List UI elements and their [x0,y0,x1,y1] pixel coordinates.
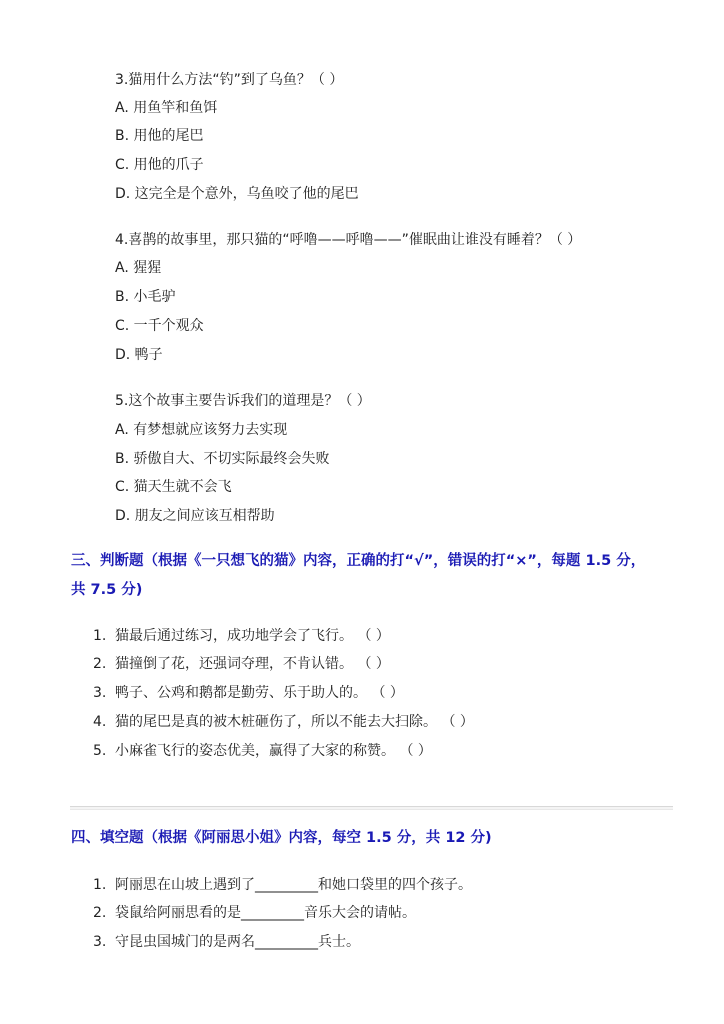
fill-blank-item-3: 3.守昆虫国城门的是两名_________兵士。 [93,932,360,952]
section-divider [70,806,673,810]
question-5-option-d: D. 朋友之间应该互相帮助 [115,506,275,526]
question-3-stem: 3.猫用什么方法“钓”到了乌鱼？（ ） [115,70,343,90]
section-3-heading-line1: 三、判断题（根据《一只想飞的猫》内容，正确的打“√”，错误的打“×”，每题 1.… [71,547,671,576]
question-4-option-b: B. 小毛驴 [115,287,176,307]
question-4-option-d: D. 鸭子 [115,345,163,365]
true-false-item-3: 3.鸭子、公鸡和鹅都是勤劳、乐于助人的。 （ ） [93,683,404,703]
question-3-option-c: C. 用他的爪子 [115,155,204,175]
true-false-item-4: 4.猫的尾巴是真的被木桩砸伤了，所以不能去大扫除。 （ ） [93,712,474,732]
question-5-option-a: A. 有梦想就应该努力去实现 [115,420,287,440]
question-5-option-c: C. 猫天生就不会飞 [115,477,232,497]
fill-blank-item-1: 1.阿丽思在山坡上遇到了_________和她口袋里的四个孩子。 [93,875,472,895]
exam-page: 3.猫用什么方法“钓”到了乌鱼？（ ） A. 用鱼竿和鱼饵 B. 用他的尾巴 C… [0,0,724,1024]
true-false-item-1: 1.猫最后通过练习，成功地学会了飞行。 （ ） [93,626,390,646]
question-5-option-b: B. 骄傲自大、不切实际最终会失败 [115,449,330,469]
fill-blank-item-2: 2.袋鼠给阿丽思看的是_________音乐大会的请帖。 [93,903,416,923]
section-3-heading: 三、判断题（根据《一只想飞的猫》内容，正确的打“√”，错误的打“×”，每题 1.… [71,547,671,605]
question-3-option-a: A. 用鱼竿和鱼饵 [115,98,217,118]
question-4-stem: 4.喜鹊的故事里，那只猫的“呼噜——呼噜——”催眠曲让谁没有睡着？（ ） [115,230,581,250]
question-5-stem: 5.这个故事主要告诉我们的道理是？（ ） [115,391,371,411]
question-3-option-d: D. 这完全是个意外，乌鱼咬了他的尾巴 [115,184,359,204]
true-false-item-5: 5.小麻雀飞行的姿态优美，赢得了大家的称赞。 （ ） [93,741,432,761]
section-3-heading-line2: 共 7.5 分) [71,576,671,605]
section-4-heading: 四、填空题（根据《阿丽思小姐》内容，每空 1.5 分，共 12 分) [71,824,671,853]
true-false-item-2: 2.猫撞倒了花，还强词夺理，不肯认错。 （ ） [93,654,390,674]
question-3-option-b: B. 用他的尾巴 [115,126,204,146]
question-4-option-c: C. 一千个观众 [115,316,204,336]
question-4-option-a: A. 猩猩 [115,258,161,278]
